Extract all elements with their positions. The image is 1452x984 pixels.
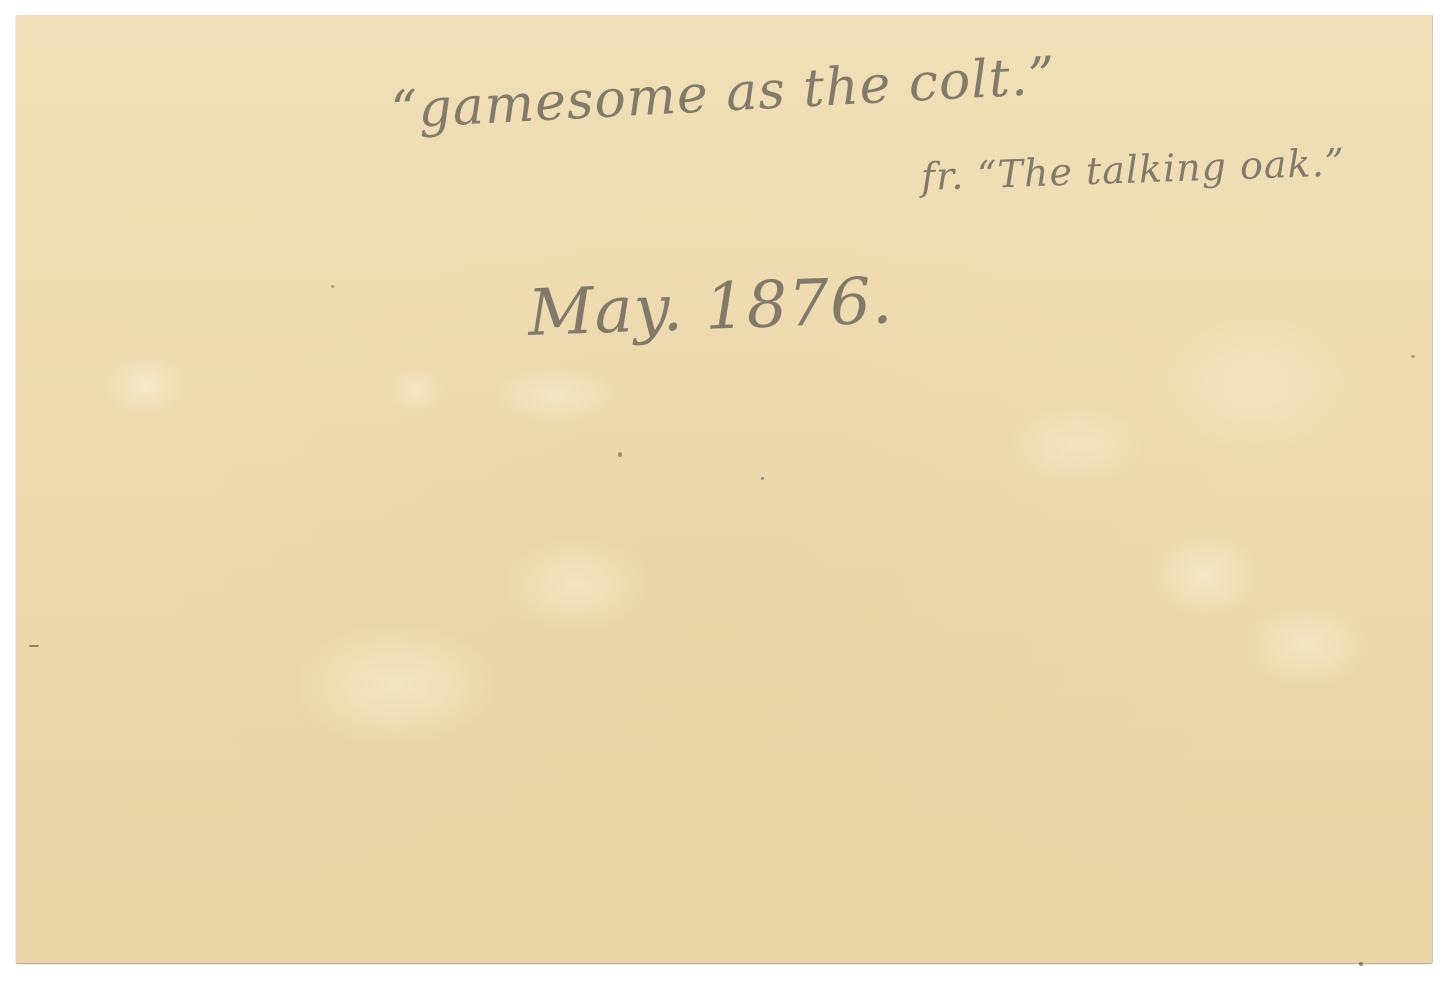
handwritten-date: May. 1876. [527, 264, 895, 351]
paper-speck [618, 452, 622, 457]
paper-speck [1411, 355, 1415, 358]
handwritten-source: fr. “The talking oak.” [920, 140, 1346, 199]
paper-speck [331, 285, 334, 288]
paper-card: “gamesome as the colt.” fr. “The talking… [16, 15, 1432, 963]
handwritten-quote: “gamesome as the colt.” [389, 46, 1057, 141]
paper-speck [1359, 962, 1363, 966]
paper-speck [761, 477, 764, 480]
paper-speck [29, 645, 39, 647]
